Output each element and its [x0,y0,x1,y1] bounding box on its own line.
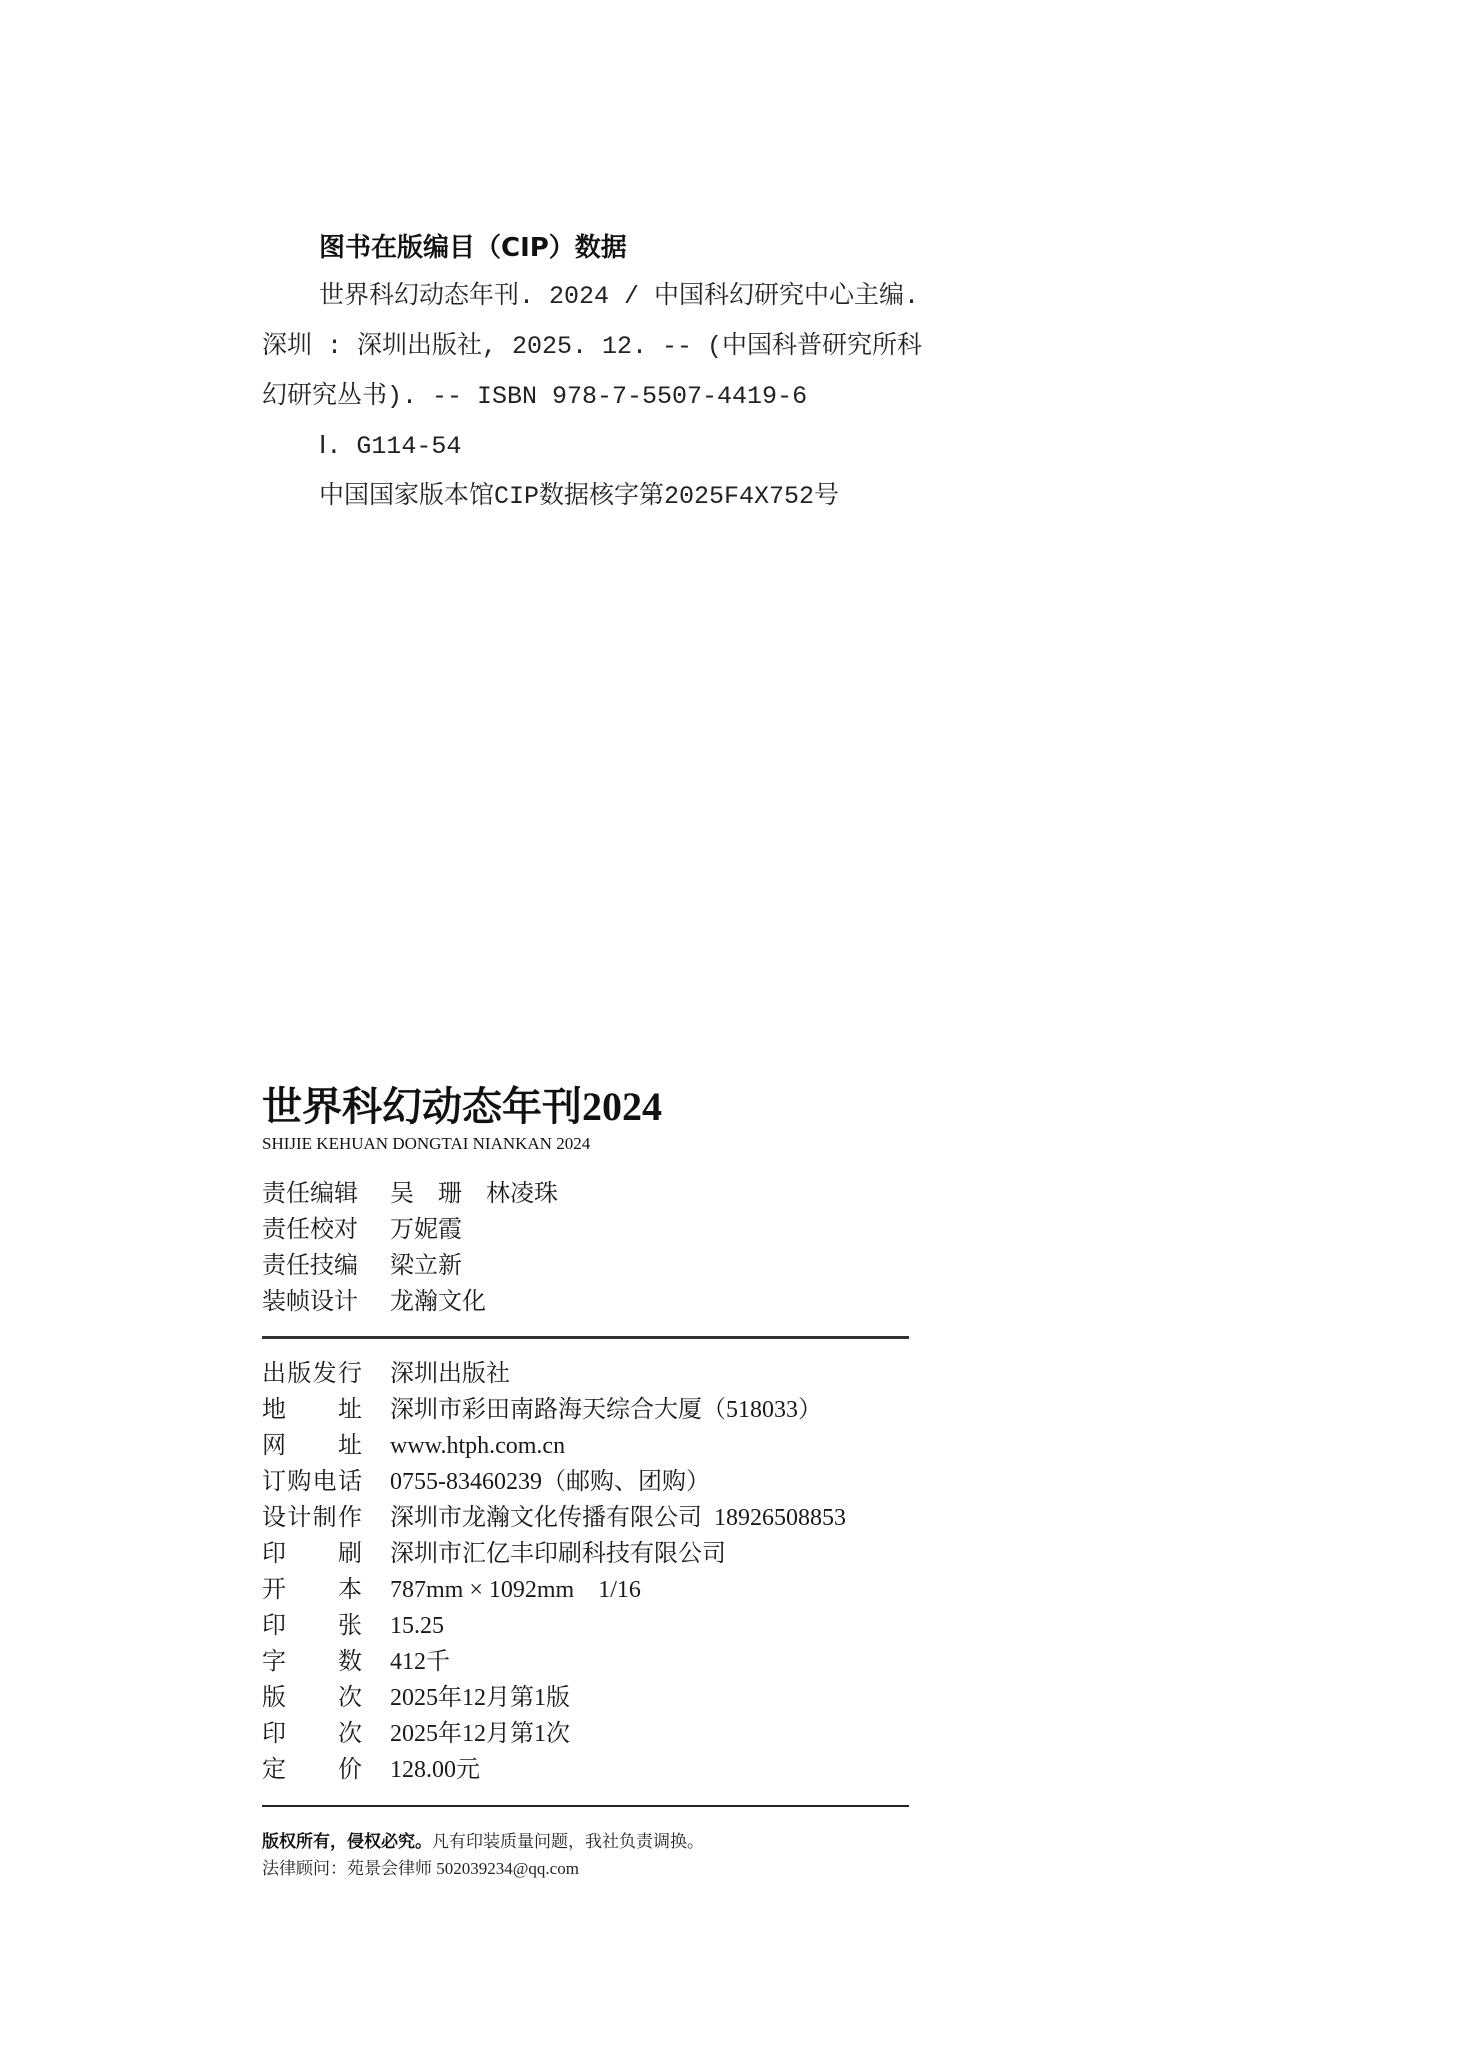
label-char: 版 [262,1680,286,1716]
publication-label: 印次 [262,1716,362,1752]
legal-counsel: 法律顾问：苑景会律师 502039234@qq.com [262,1855,704,1882]
staff-row: 责任技编 梁立新 [262,1248,558,1284]
publication-value: 787mm × 1092mm 1/16 [390,1572,641,1608]
publication-label: 网址 [262,1428,362,1464]
cip-line-1: 世界科幻动态年刊. 2024 / 中国科幻研究中心主编. [319,277,919,317]
staff-label: 装帧设计 [262,1284,362,1320]
staff-label: 责任技编 [262,1248,362,1284]
label-char: 印 [262,1608,286,1644]
publication-label: 地址 [262,1392,362,1428]
publication-details: 出版发行深圳出版社地址深圳市彩田南路海天综合大厦（518033）网址www.ht… [262,1356,846,1788]
cip-classification: Ⅰ. G114-54 [319,427,461,467]
quality-notice: 凡有印装质量问题，我社负责调换。 [432,1832,704,1851]
label-char: 次 [338,1680,362,1716]
label-char: 制 [313,1500,337,1536]
publication-row: 开本787mm × 1092mm 1/16 [262,1572,846,1608]
staff-value: 吴 珊 林凌珠 [390,1176,558,1212]
publication-row: 地址深圳市彩田南路海天综合大厦（518033） [262,1392,846,1428]
label-char: 本 [338,1572,362,1608]
label-char: 次 [338,1716,362,1752]
label-char: 印 [262,1716,286,1752]
publication-value: 128.00元 [390,1752,480,1788]
publication-value: 深圳市彩田南路海天综合大厦（518033） [390,1392,822,1428]
label-char: 网 [262,1428,286,1464]
label-char: 址 [338,1392,362,1428]
staff-row: 装帧设计 龙瀚文化 [262,1284,558,1320]
label-char: 作 [338,1500,362,1536]
label-char: 话 [338,1464,362,1500]
label-char: 数 [338,1644,362,1680]
publication-value: 0755-83460239（邮购、团购） [390,1464,710,1500]
publication-row: 印张15.25 [262,1608,846,1644]
book-pinyin-title: SHIJIE KEHUAN DONGTAI NIANKAN 2024 [262,1133,662,1155]
divider [262,1336,909,1339]
staff-label: 责任校对 [262,1212,362,1248]
publication-row: 网址www.htph.com.cn [262,1428,846,1464]
publication-row: 印刷深圳市汇亿丰印刷科技有限公司 [262,1536,846,1572]
publication-row: 印次2025年12月第1次 [262,1716,846,1752]
publication-row: 字数412千 [262,1644,846,1680]
rights-notice: 版权所有，侵权必究。凡有印装质量问题，我社负责调换。 [262,1828,704,1855]
staff-value: 龙瀚文化 [390,1284,486,1320]
publication-label: 订购电话 [262,1464,362,1500]
publication-value: 2025年12月第1版 [390,1680,570,1716]
label-char: 订 [262,1464,286,1500]
staff-row: 责任校对 万妮霞 [262,1212,558,1248]
publication-row: 订购电话0755-83460239（邮购、团购） [262,1464,846,1500]
label-char: 价 [338,1752,362,1788]
label-char: 行 [338,1356,362,1392]
publication-value: 412千 [390,1644,450,1680]
label-char: 发 [313,1356,337,1392]
publication-value: 深圳市龙瀚文化传播有限公司 18926508853 [390,1500,846,1536]
label-char: 设 [262,1500,286,1536]
label-char: 开 [262,1572,286,1608]
label-char: 出 [262,1356,286,1392]
publication-value: 深圳市汇亿丰印刷科技有限公司 [390,1536,726,1572]
publication-row: 出版发行深圳出版社 [262,1356,846,1392]
label-char: 址 [338,1428,362,1464]
label-char: 版 [287,1356,311,1392]
staff-credits: 责任编辑 吴 珊 林凌珠 责任校对 万妮霞 责任技编 梁立新 装帧设计 龙瀚文化 [262,1176,558,1320]
publication-label: 开本 [262,1572,362,1608]
rights-reserved: 版权所有，侵权必究。 [262,1832,432,1851]
label-char: 定 [262,1752,286,1788]
publication-label: 字数 [262,1644,362,1680]
publication-row: 设计制作深圳市龙瀚文化传播有限公司 18926508853 [262,1500,846,1536]
publication-label: 印张 [262,1608,362,1644]
copyright-footer: 版权所有，侵权必究。凡有印装质量问题，我社负责调换。 法律顾问：苑景会律师 50… [262,1828,704,1882]
label-char: 字 [262,1644,286,1680]
label-char: 张 [338,1608,362,1644]
publication-value: 深圳出版社 [390,1356,510,1392]
label-char: 计 [287,1500,311,1536]
publication-row: 版次2025年12月第1版 [262,1680,846,1716]
publication-row: 定价128.00元 [262,1752,846,1788]
publication-label: 设计制作 [262,1500,362,1536]
publication-value: 15.25 [390,1608,444,1644]
staff-label: 责任编辑 [262,1176,362,1212]
label-char: 印 [262,1536,286,1572]
cip-record-number: 中国国家版本馆CIP数据核字第2025F4X752号 [319,477,839,517]
label-char: 刷 [338,1536,362,1572]
cip-line-2: 深圳 : 深圳出版社, 2025. 12. -- (中国科普研究所科 [262,327,922,367]
publication-label: 版次 [262,1680,362,1716]
publication-label: 定价 [262,1752,362,1788]
publication-label: 出版发行 [262,1356,362,1392]
publication-label: 印刷 [262,1536,362,1572]
divider [262,1805,909,1807]
publication-value: www.htph.com.cn [390,1428,565,1464]
cip-title: 图书在版编目（CIP）数据 [319,228,627,268]
book-title: 世界科幻动态年刊2024 [262,1083,662,1131]
label-char: 电 [313,1464,337,1500]
staff-value: 万妮霞 [390,1212,462,1248]
publication-value: 2025年12月第1次 [390,1716,570,1752]
book-title-block: 世界科幻动态年刊2024 SHIJIE KEHUAN DONGTAI NIANK… [262,1083,662,1155]
label-char: 购 [287,1464,311,1500]
staff-row: 责任编辑 吴 珊 林凌珠 [262,1176,558,1212]
staff-value: 梁立新 [390,1248,462,1284]
cip-line-3: 幻研究丛书). -- ISBN 978-7-5507-4419-6 [262,377,807,417]
label-char: 地 [262,1392,286,1428]
